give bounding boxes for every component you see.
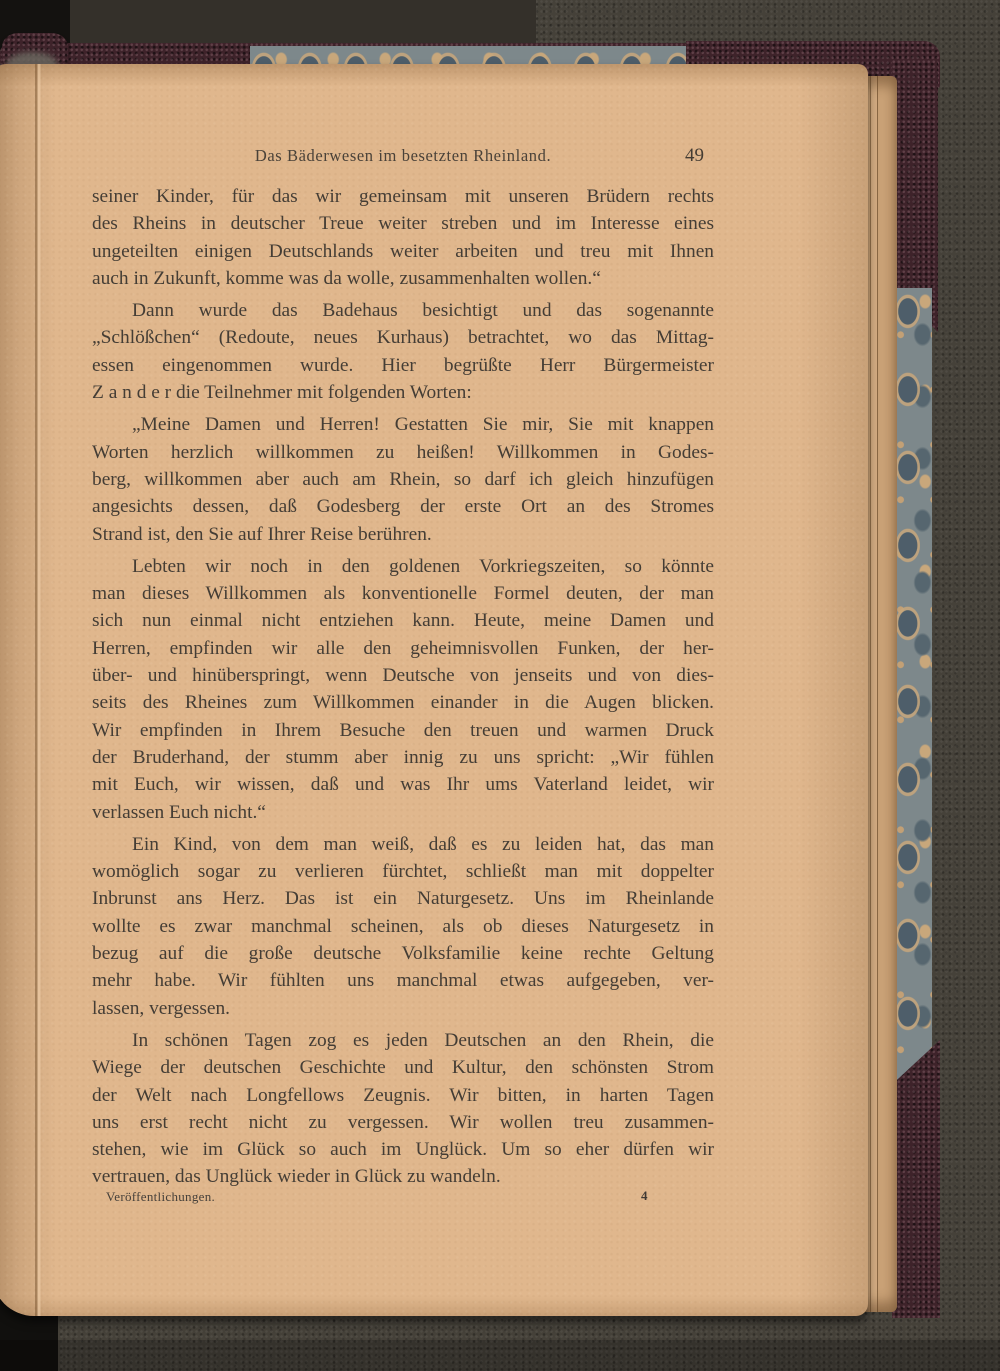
text-line: Wiege der deutschen Geschichte und Kultu… [92, 1054, 714, 1081]
text-line: vertrauen, das Unglück wieder in Glück z… [92, 1163, 714, 1190]
paragraph: Ein Kind, von dem man weiß, daß es zu le… [92, 831, 714, 1022]
text-line: Dann wurde das Badehaus besichtigt und d… [92, 297, 714, 324]
text-line: man dieses Willkommen als konventionelle… [92, 580, 714, 607]
text-line: sich nun einmal nicht entziehen kann. He… [92, 607, 714, 634]
paragraph: In schönen Tagen zog es jeden Deutschen … [92, 1027, 714, 1191]
text-line: Lebten wir noch in den goldenen Vorkrieg… [92, 553, 714, 580]
text-line: über- und hinüberspringt, wenn Deutsche … [92, 662, 714, 689]
text-line: Inbrunst ans Herz. Das ist ein Naturgese… [92, 885, 714, 912]
text-line: In schönen Tagen zog es jeden Deutschen … [92, 1027, 714, 1054]
text-line: Z a n d e r die Teilnehmer mit folgenden… [92, 379, 714, 406]
text-line: mehr habe. Wir fühlten uns manchmal etwa… [92, 967, 714, 994]
text-line: wollte es zwar manchmal scheinen, als ob… [92, 913, 714, 940]
marbled-cover-right-strip [894, 288, 932, 1088]
text-line: Ein Kind, von dem man weiß, daß es zu le… [92, 831, 714, 858]
text-line: essen eingenommen wurde. Hier begrüßte H… [92, 352, 714, 379]
text-line: der Welt nach Longfellows Zeugnis. Wir b… [92, 1082, 714, 1109]
text-line: seiner Kinder, für das wir gemeinsam mit… [92, 183, 714, 210]
text-line: des Rheins in deutscher Treue weiter str… [92, 210, 714, 237]
text-line: ungeteilten einigen Deutschlands weiter … [92, 238, 714, 265]
paragraph: Dann wurde das Badehaus besichtigt und d… [92, 297, 714, 406]
sheet-signature-number: 4 [641, 1188, 648, 1204]
text-line: Herren, empfinden wir alle den geheimnis… [92, 635, 714, 662]
text-line: auch in Zukunft, komme was da wolle, zus… [92, 265, 714, 292]
text-line: verlassen Euch nicht.“ [92, 799, 714, 826]
text-line: mit Euch, wir wissen, daß und was Ihr um… [92, 771, 714, 798]
gutter-crease [35, 64, 41, 1316]
page-number: 49 [685, 145, 704, 167]
text-line: „Schlößchen“ (Redoute, neues Kurhaus) be… [92, 324, 714, 351]
paragraph: seiner Kinder, für das wir gemeinsam mit… [92, 183, 714, 292]
text-line: stehen, wie im Glück so auch im Unglück.… [92, 1136, 714, 1163]
body-text: seiner Kinder, für das wir gemeinsam mit… [92, 183, 714, 1191]
text-line: Worten herzlich willkommen zu heißen! Wi… [92, 439, 714, 466]
text-line: womöglich sogar zu verlieren fürchtet, s… [92, 858, 714, 885]
leather-corner-bottom-right [892, 1040, 940, 1318]
backdrop-shadow-bottom [0, 1340, 1000, 1371]
paragraph: „Meine Damen und Herren! Gestatten Sie m… [92, 411, 714, 547]
paragraph: Lebten wir noch in den goldenen Vorkrieg… [92, 553, 714, 826]
series-signature: Veröffentlichungen. [106, 1189, 215, 1205]
text-line: uns erst recht nicht zu vergessen. Wir w… [92, 1109, 714, 1136]
text-line: bezug auf die große deutsche Volksfamili… [92, 940, 714, 967]
text-line: „Meine Damen und Herren! Gestatten Sie m… [92, 411, 714, 438]
scanned-book-page: Das Bäderwesen im besetzten Rheinland. 4… [0, 0, 1000, 1371]
text-line: lassen, vergessen. [92, 995, 714, 1022]
text-line: der Bruderhand, der stumm aber innig zu … [92, 744, 714, 771]
text-line: seits des Rheines zum Willkommen einande… [92, 689, 714, 716]
text-line: Wir empfinden in Ihrem Besuche den treue… [92, 717, 714, 744]
text-line: Strand ist, den Sie auf Ihrer Reise berü… [92, 521, 714, 548]
text-line: angesichts dessen, daß Godesberg der ers… [92, 493, 714, 520]
page-footer: Veröffentlichungen. 4 [92, 1189, 714, 1207]
text-line: berg, willkommen aber auch am Rhein, so … [92, 466, 714, 493]
backdrop-shadow-top [66, 0, 536, 46]
page-header: Das Bäderwesen im besetzten Rheinland. 4… [92, 146, 714, 170]
running-title: Das Bäderwesen im besetzten Rheinland. [92, 146, 714, 166]
